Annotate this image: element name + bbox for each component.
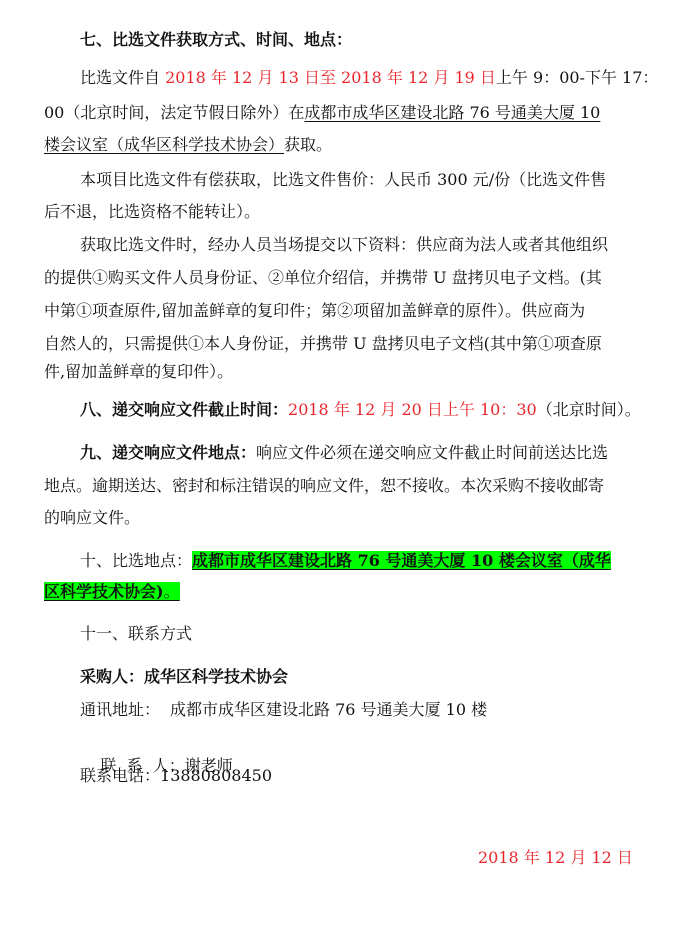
section-7-heading: 七、比选文件获取方式、时间、地点： (80, 29, 352, 51)
section-10-line-1: 十、比选地点：成都市成华区建设北路 76 号通美大厦 10 楼会议室（成华 (80, 550, 611, 572)
phone: 联系电话：13880808450 (80, 765, 272, 787)
section-7-para-1-line-2: 00（北京时间，法定节假日除外）在成都市成华区建设北路 76 号通美大厦 10 (44, 102, 600, 124)
text: 。 (164, 582, 180, 601)
contact: 联 系 人：谢老师 (80, 733, 233, 755)
section-7-para-3-line-1: 获取比选文件时，经办人员当场提交以下资料：供应商为法人或者其他组织 (80, 234, 608, 256)
phone-value: 13880808450 (160, 766, 272, 785)
section-7-para-3-line-4: 自然人的，只需提供①本人身份证，并携带 U 盘拷贝电子文档(其中第①项查原 (44, 333, 602, 355)
section-9-heading: 九、递交响应文件地点： (80, 443, 256, 462)
section-11-heading: 十一、联系方式 (80, 623, 192, 645)
section-7-para-3-line-3: 中第①项查原件,留加盖鲜章的复印件；第②项留加盖鲜章的原件）。供应商为 (44, 300, 585, 322)
section-9-line-3: 的响应文件。 (44, 507, 140, 529)
section-8-heading: 八、递交响应文件截止时间： (80, 400, 288, 419)
section-9-line-1: 九、递交响应文件地点：响应文件必须在递交响应文件截止时间前送达比选 (80, 442, 608, 464)
phone-label: 联系电话： (80, 766, 160, 785)
section-10-line-2: 区科学技术协会)。 (44, 581, 180, 603)
section-7-para-1-line-3: 楼会议室（成华区科学技术协会）获取。 (44, 134, 332, 156)
text: 00（北京时间，法定节假日除外）在 (44, 103, 304, 122)
location-underlined: 楼会议室（成华区科学技术协会） (44, 135, 284, 154)
bid-location-highlighted: 成都市成华区建设北路 76 号通美大厦 10 楼会议室（成华 (192, 551, 611, 570)
text: 获取。 (284, 135, 332, 154)
location-underlined: 成都市成华区建设北路 76 号通美大厦 10 (304, 103, 600, 122)
address: 通讯地址：成都市成华区建设北路 76 号通美大厦 10 楼 (80, 699, 487, 721)
section-7-para-2-line-2: 后不退，比选资格不能转让）。 (44, 201, 260, 223)
address-value: 成都市成华区建设北路 76 号通美大厦 10 楼 (170, 700, 487, 719)
signature-date: 2018 年 12 月 12 日 (478, 847, 633, 869)
section-7-para-2-line-1: 本项目比选文件有偿获取，比选文件售价：人民币 300 元/份（比选文件售 (80, 169, 606, 191)
deadline: 2018 年 12 月 20 日上午 10：30 (288, 400, 537, 419)
address-label: 通讯地址： (80, 700, 160, 719)
section-9-line-2: 地点。逾期送达、密封和标注错误的响应文件，恕不接收。本次采购不接收邮寄 (44, 475, 604, 497)
section-8: 八、递交响应文件截止时间：2018 年 12 月 20 日上午 10：30（北京… (80, 399, 641, 421)
purchaser: 采购人：成华区科学技术协会 (80, 666, 288, 688)
date-range: 2018 年 12 月 13 日至 2018 年 12 月 19 日 (165, 68, 496, 87)
section-10-heading: 十、比选地点： (80, 551, 192, 570)
text: 响应文件必须在递交响应文件截止时间前送达比选 (256, 443, 608, 462)
text: 区科学技术协会) (44, 582, 164, 601)
section-7-para-3-line-5: 件,留加盖鲜章的复印件）。 (44, 361, 233, 383)
time-range: 上午 9：00-下午 17： (496, 68, 658, 87)
timezone-note: （北京时间）。 (537, 400, 641, 419)
section-7-para-1-line-1: 比选文件自 2018 年 12 月 13 日至 2018 年 12 月 19 日… (80, 67, 658, 89)
text: 比选文件自 (80, 68, 165, 87)
bid-location-highlighted: 区科学技术协会)。 (44, 582, 180, 601)
section-7-para-3-line-2: 的提供①购买文件人员身份证、②单位介绍信，并携带 U 盘拷贝电子文档。(其 (44, 267, 602, 289)
